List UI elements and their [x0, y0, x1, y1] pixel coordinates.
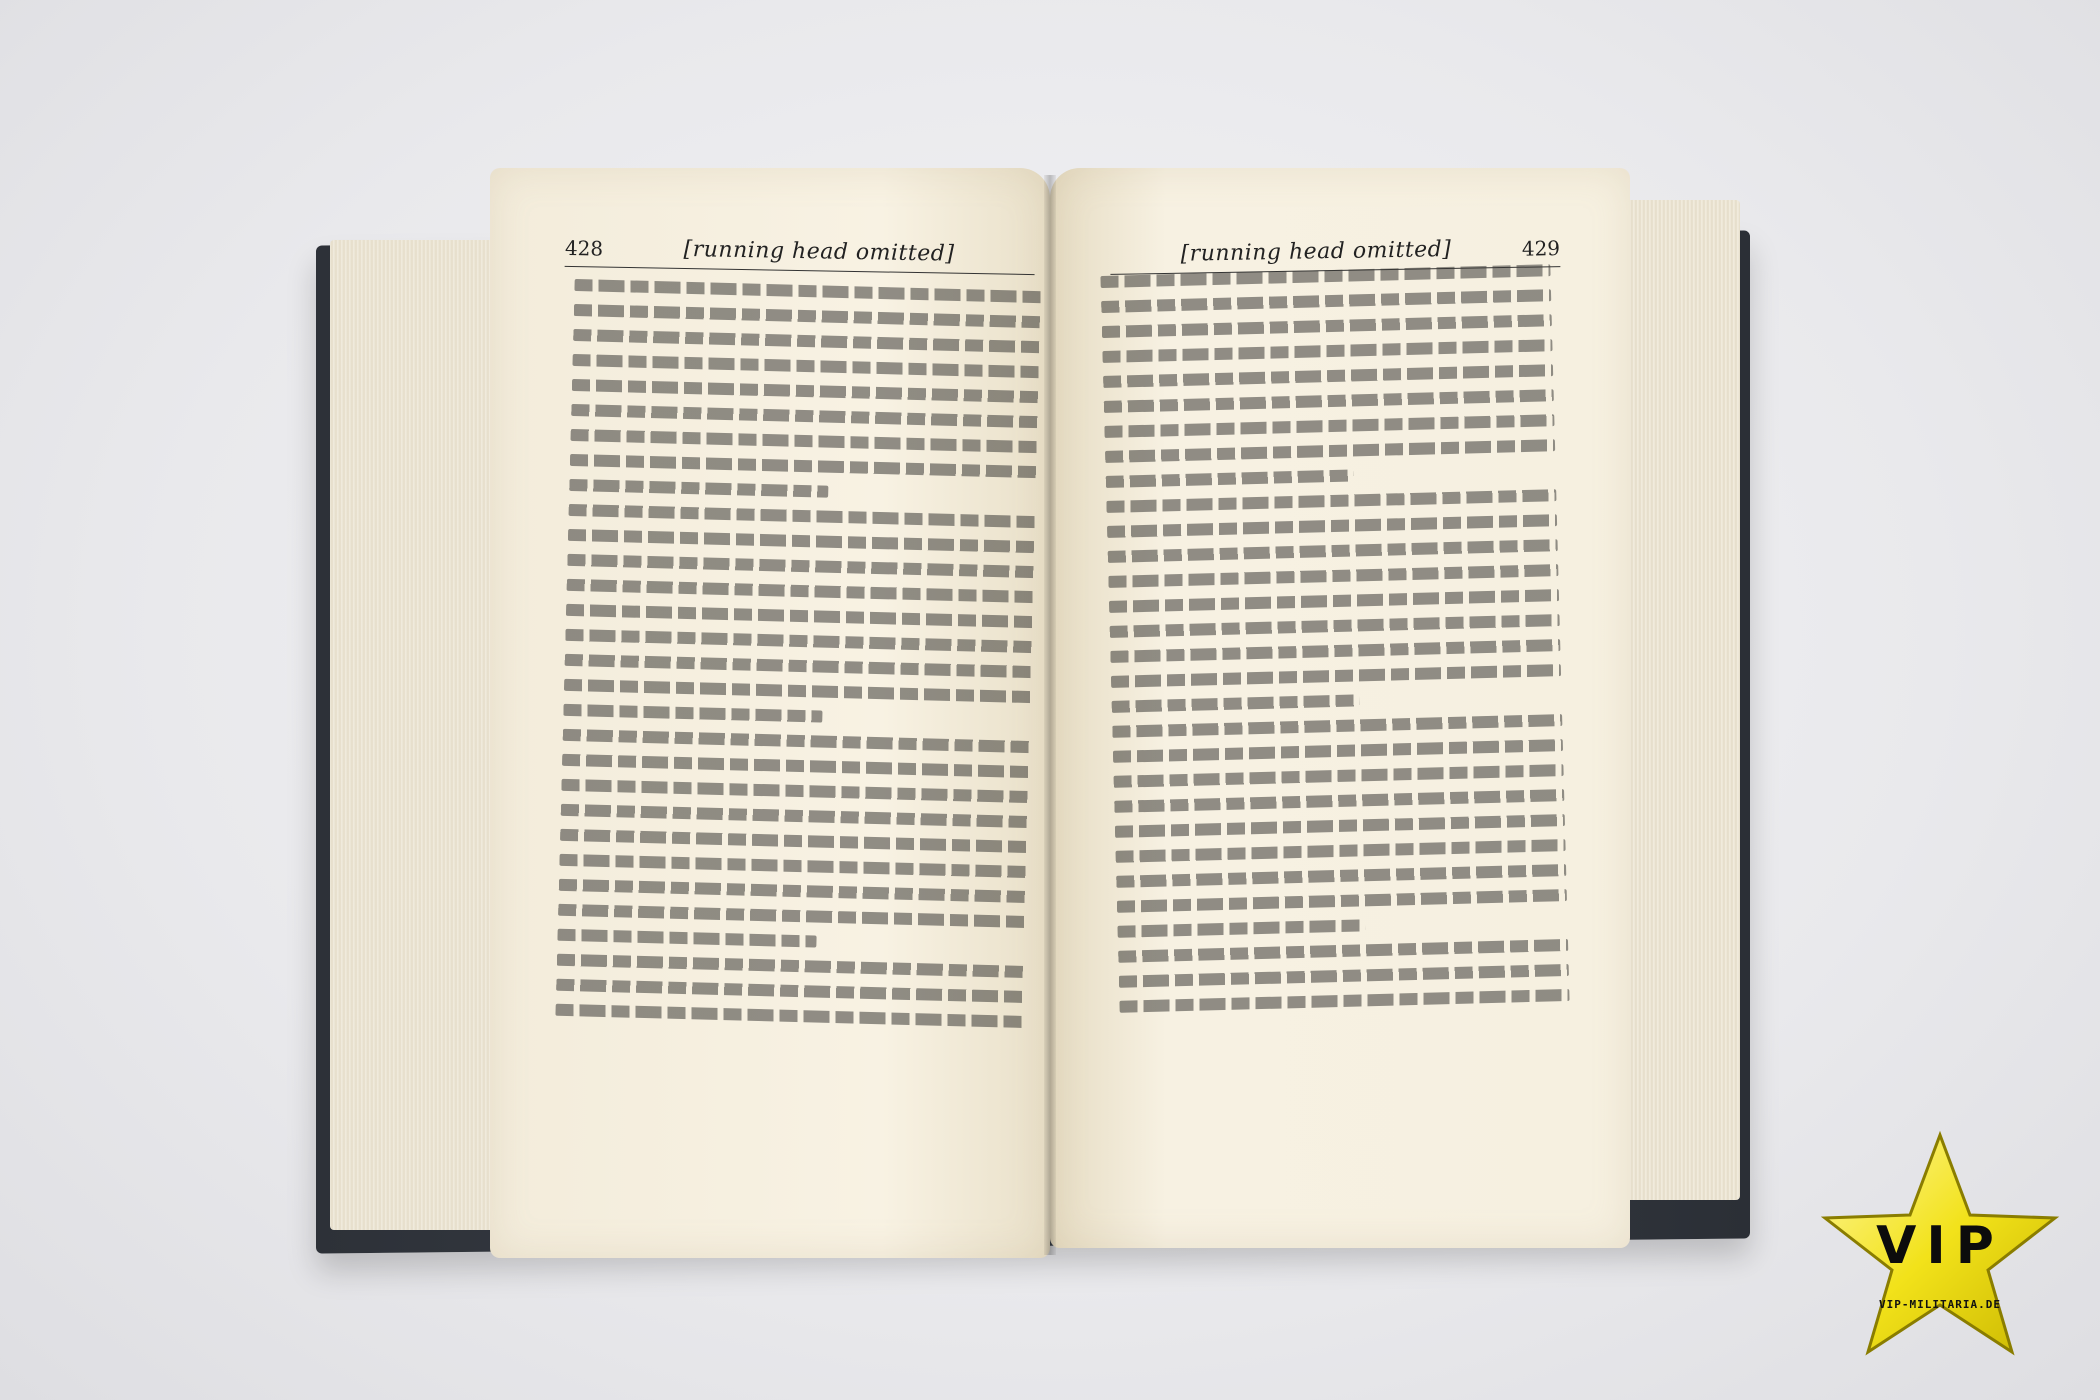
- text-line-placeholder: [558, 904, 1028, 928]
- text-line-placeholder: [567, 579, 1037, 603]
- text-line-placeholder: [565, 654, 1035, 678]
- text-line-placeholder: [572, 354, 1042, 378]
- text-line-placeholder: [1118, 939, 1568, 963]
- text-line-placeholder: [1113, 739, 1563, 763]
- text-line-placeholder: [557, 929, 816, 948]
- left-running-head-title: [running head omitted]: [683, 237, 954, 267]
- text-line-placeholder: [1116, 864, 1566, 888]
- right-page-number: 429: [1522, 236, 1561, 261]
- left-running-head: 428 [running head omitted]: [565, 220, 1036, 275]
- text-line-placeholder: [1117, 889, 1567, 913]
- text-line-placeholder: [559, 879, 1029, 903]
- text-line-placeholder: [568, 529, 1038, 553]
- text-line-placeholder: [565, 629, 1035, 653]
- text-line-placeholder: [1110, 614, 1560, 638]
- text-line-placeholder: [574, 304, 1044, 328]
- text-line-placeholder: [571, 404, 1041, 428]
- watermark-label: VIP: [1820, 1216, 2060, 1276]
- text-line-placeholder: [1102, 314, 1552, 338]
- text-line-placeholder: [569, 479, 828, 498]
- text-line-placeholder: [1114, 789, 1564, 813]
- vip-militaria-watermark: VIP VIP-MILITARIA.DE: [1820, 1130, 2060, 1360]
- text-line-placeholder: [1105, 439, 1555, 463]
- text-line-placeholder: [1115, 814, 1565, 838]
- book-gutter: [1044, 175, 1056, 1255]
- text-line-placeholder: [566, 604, 1036, 628]
- text-line-placeholder: [1114, 764, 1564, 788]
- text-line-placeholder: [1112, 694, 1360, 712]
- watermark-url: VIP-MILITARIA.DE: [1820, 1298, 2060, 1311]
- text-line-placeholder: [563, 729, 1033, 753]
- text-line-placeholder: [561, 804, 1031, 828]
- text-line-placeholder: [569, 504, 1039, 528]
- text-line-placeholder: [1115, 839, 1565, 863]
- text-line-placeholder: [1110, 639, 1560, 663]
- text-line-placeholder: [573, 329, 1043, 353]
- text-line-placeholder: [1112, 714, 1562, 738]
- text-line-placeholder: [1106, 489, 1556, 513]
- text-line-placeholder: [1109, 589, 1559, 613]
- text-line-placeholder: [567, 554, 1037, 578]
- text-line-placeholder: [570, 454, 1040, 478]
- text-line-placeholder: [563, 704, 822, 723]
- text-line-placeholder: [1117, 919, 1365, 937]
- text-line-placeholder: [560, 829, 1030, 853]
- text-line-placeholder: [561, 779, 1031, 803]
- text-line-placeholder: [562, 754, 1032, 778]
- text-line-placeholder: [1108, 564, 1558, 588]
- right-body-placeholder: [1100, 264, 1569, 1013]
- text-line-placeholder: [1106, 469, 1354, 487]
- text-line-placeholder: [1101, 289, 1551, 313]
- text-line-placeholder: [556, 979, 1026, 1003]
- text-line-placeholder: [1119, 964, 1569, 988]
- text-line-placeholder: [1108, 539, 1558, 563]
- text-line-placeholder: [1107, 514, 1557, 538]
- text-line-placeholder: [557, 954, 1027, 978]
- text-line-placeholder: [1111, 664, 1561, 688]
- text-line-placeholder: [1103, 364, 1553, 388]
- right-running-head-title: [running head omitted]: [1180, 237, 1451, 267]
- text-line-placeholder: [1104, 389, 1554, 413]
- text-line-placeholder: [1104, 414, 1554, 438]
- left-page-number: 428: [565, 236, 604, 261]
- text-line-placeholder: [572, 379, 1042, 403]
- text-line-placeholder: [1102, 339, 1552, 363]
- text-line-placeholder: [559, 854, 1029, 878]
- text-line-placeholder: [570, 429, 1040, 453]
- left-body-placeholder: [555, 279, 1044, 1028]
- text-line-placeholder: [564, 679, 1034, 703]
